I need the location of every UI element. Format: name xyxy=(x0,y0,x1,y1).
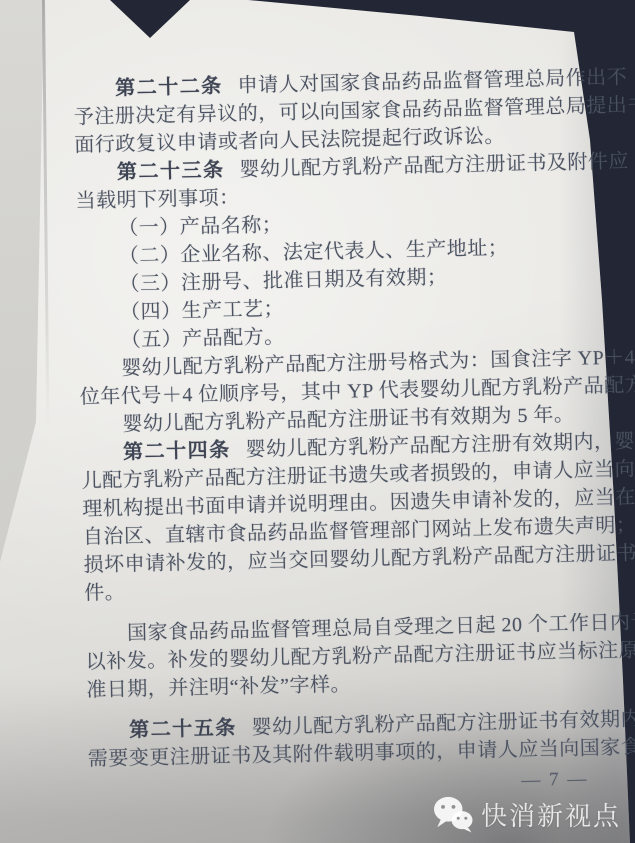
line-text: 件。 xyxy=(84,582,125,605)
article-heading: 第二十四条 xyxy=(123,439,231,463)
watermark-label: 快消新视点 xyxy=(481,796,621,833)
line-text: 婴幼儿配方乳粉产品配方注册证书及附件应 xyxy=(239,150,629,180)
line-text: （四）生产工艺； xyxy=(120,298,284,324)
line-text: （三）注册号、批准日期及有效期； xyxy=(119,266,447,295)
line-text: 准日期，并注明“补发”字样。 xyxy=(86,674,351,702)
document-text-block: 第二十二条申请人对国家食品药品监督管理总局作出不予注册决定有异议的，可以向国家食… xyxy=(73,64,615,804)
line-text: （一）产品名称； xyxy=(118,214,282,240)
document-photo: 第二十二条申请人对国家食品药品监督管理总局作出不予注册决定有异议的，可以向国家食… xyxy=(0,0,635,843)
article-heading: 第二十五条 xyxy=(129,717,237,741)
article-heading: 第二十三条 xyxy=(117,159,225,183)
line-text: （五）产品配方。 xyxy=(120,326,284,352)
watermark: 快消新视点 xyxy=(432,795,621,833)
wechat-icon xyxy=(432,795,474,833)
article-heading: 第二十二条 xyxy=(115,75,223,99)
document-lines: 第二十二条申请人对国家食品药品监督管理总局作出不予注册决定有异议的，可以向国家食… xyxy=(73,64,614,773)
line-text: （二）企业名称、法定代表人、生产地址； xyxy=(119,237,509,267)
line-text: 当载明下列事项： xyxy=(75,187,239,213)
